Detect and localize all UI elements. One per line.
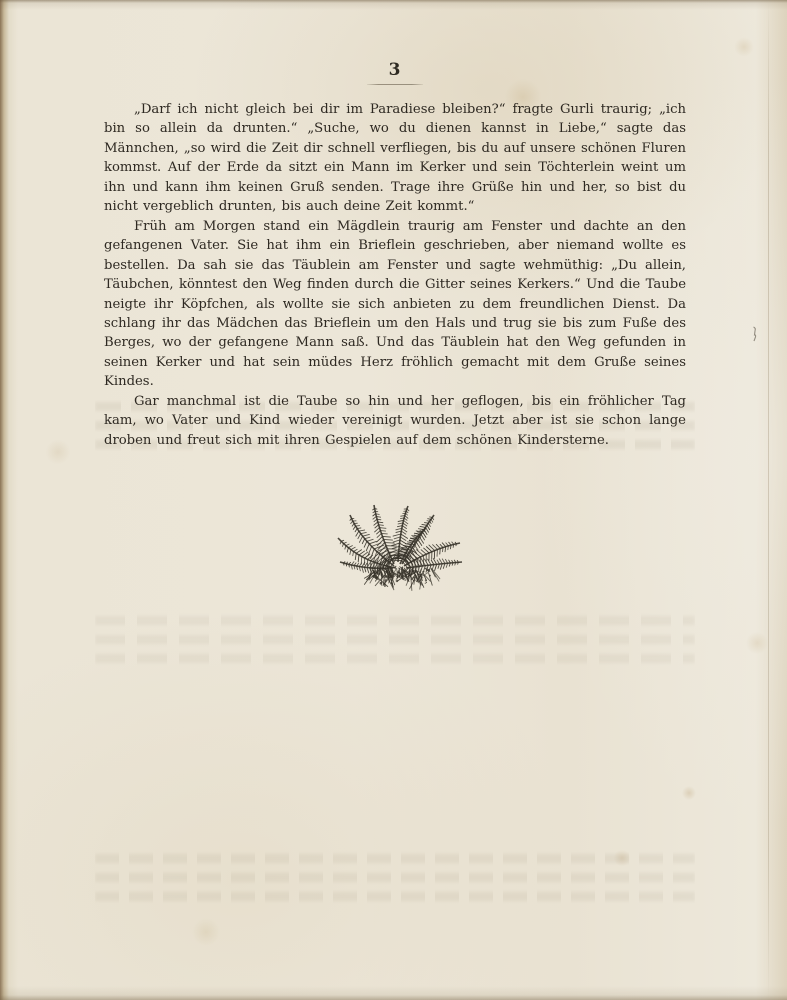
paragraph-2: Früh am Morgen stand ein Mägdlein trauri… <box>104 217 686 392</box>
paragraph-1: „Darf ich nicht gleich bei dir im Paradi… <box>104 100 686 217</box>
page-number-rule <box>367 84 423 85</box>
page-right-crease <box>768 0 769 1000</box>
page-number: 3 <box>104 60 686 80</box>
page-header: 3 <box>104 60 686 85</box>
fern-foliage-ornament-icon <box>330 498 470 593</box>
paragraph-3: Gar manchmal ist die Taube so hin und he… <box>104 392 686 450</box>
reverse-side-ghost-text <box>95 612 695 668</box>
body-text: „Darf ich nicht gleich bei dir im Paradi… <box>104 100 686 450</box>
scanned-book-page: 3 „Darf ich nicht gleich bei dir im Para… <box>0 0 787 1000</box>
stray-ink-mark <box>750 326 760 342</box>
reverse-side-ghost-text <box>95 850 695 910</box>
page-top-edge-shadow <box>0 0 787 10</box>
page-bottom-edge-shadow <box>0 986 787 1000</box>
